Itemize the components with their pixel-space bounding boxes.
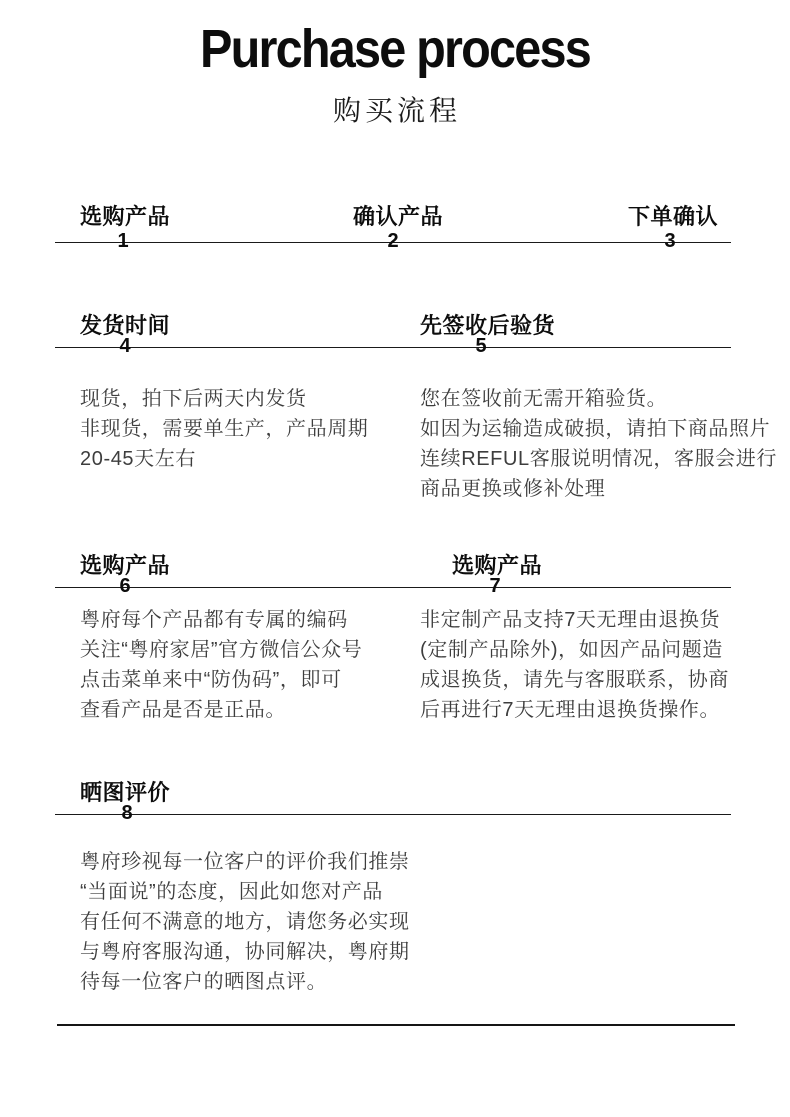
step-5-body: 您在签收前无需开箱验货。 如因为运输造成破损，请拍下商品照片 连续REFUL客服… [420,384,777,504]
step-row2-divider-line [55,347,731,348]
step-row4-divider-line [55,814,731,815]
purchase-process-page: Purchase process 购买流程 选购产品 1 确认产品 2 下单确认… [0,0,790,1117]
step-4-number: 4 [110,335,140,357]
step-7-number: 7 [480,575,510,597]
page-title: Purchase process [40,18,751,80]
step-8-number: 8 [112,802,142,824]
step-7-body: 非定制产品支持7天无理由退换货 (定制产品除外)，如因产品问题造 成退换货，请先… [420,605,729,725]
step-2-number: 2 [378,230,408,252]
bottom-divider-line [57,1024,735,1026]
step-4-body: 现货，拍下后两天内发货 非现货，需要单生产，产品周期 20-45天左右 [80,384,368,474]
step-1-number: 1 [108,230,138,252]
step-3-label: 下单确认 [628,204,718,230]
page-subtitle: 购买流程 [0,89,790,129]
step-6-number: 6 [110,575,140,597]
step-6-body: 粤府每个产品都有专属的编码 关注“粤府家居”官方微信公众号 点击菜单来中“防伪码… [80,605,362,725]
step-2-label: 确认产品 [353,204,443,230]
step-3-number: 3 [655,230,685,252]
step-1-label: 选购产品 [80,204,170,230]
step-row3-divider-line [55,587,731,588]
step-5-number: 5 [466,335,496,357]
step-8-body: 粤府珍视每一位客户的评价我们推崇 “当面说”的态度，因此如您对产品 有任何不满意… [80,847,410,997]
